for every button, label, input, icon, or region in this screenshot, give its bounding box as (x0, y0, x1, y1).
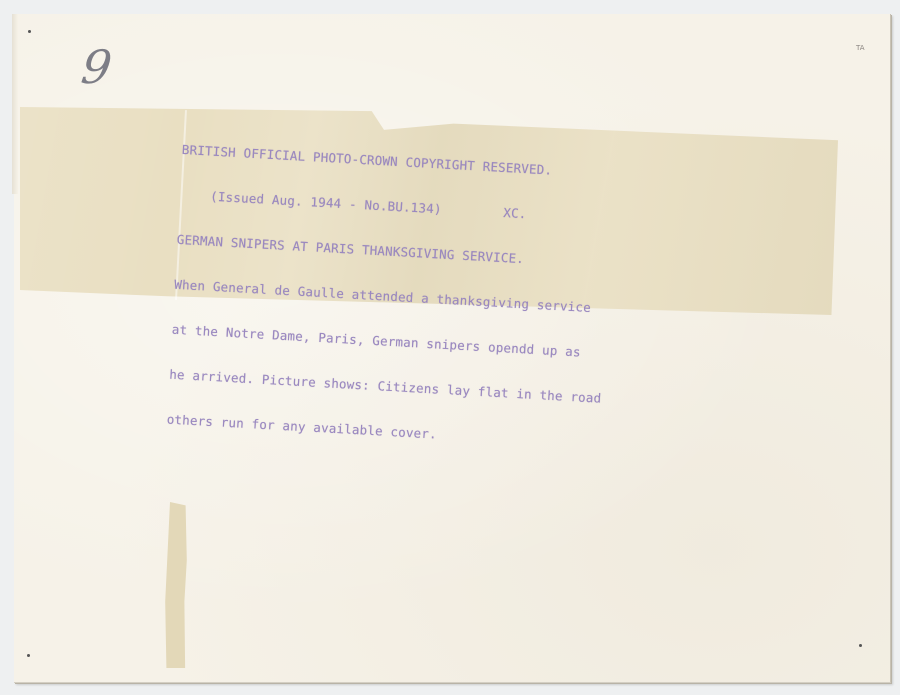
corner-stamp: TA (856, 44, 865, 52)
caption-issue-info: (Issued Aug. 1944 - No.BU.134) XC. (179, 187, 819, 238)
pin-hole-icon (28, 30, 31, 33)
caption-body-line: When General de Gaulle attended a thanks… (174, 277, 814, 328)
caption-body-line: he arrived. Picture shows: Citizens lay … (169, 367, 809, 418)
typed-caption: BRITISH OFFICIAL PHOTO-CROWN COPYRIGHT R… (166, 112, 823, 477)
caption-title: GERMAN SNIPERS AT PARIS THANKSGIVING SER… (176, 232, 816, 283)
torn-edge (12, 14, 18, 194)
pin-hole-icon (27, 654, 30, 657)
caption-header: BRITISH OFFICIAL PHOTO-CROWN COPYRIGHT R… (181, 142, 821, 193)
pin-hole-icon (859, 644, 862, 647)
caption-body-line: at the Notre Dame, Paris, German snipers… (171, 322, 811, 373)
